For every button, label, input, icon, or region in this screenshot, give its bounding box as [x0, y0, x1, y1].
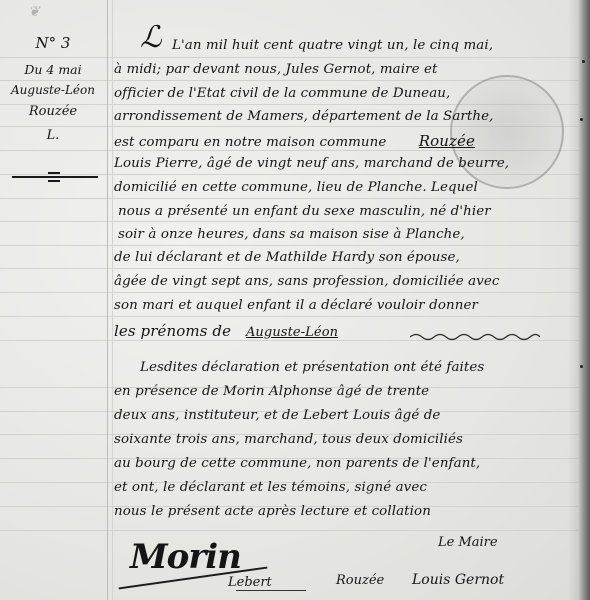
ruled-line: [0, 292, 580, 293]
text-line-1: L'an mil huit cent quatre vingt un, le c…: [172, 38, 493, 53]
entry-date: Du 4 mai: [0, 62, 106, 77]
margin-annotation: ❦ N° 3 Du 4 mai Auguste-Léon Rouzée L.: [0, 0, 106, 200]
wavy-line-filler: [410, 332, 540, 342]
scan-speck: [582, 60, 585, 63]
text-line-6: Louis Pierre, âgé de vingt neuf ans, mar…: [114, 156, 509, 171]
child-given-names: Auguste-Léon: [0, 83, 106, 97]
text-line-4: arrondissement de Mamers, département de…: [114, 109, 494, 124]
entry-number: N° 3: [0, 34, 106, 52]
text-line-5-main: est comparu en notre maison commune: [114, 135, 386, 150]
text-line-16: deux ans, instituteur, et de Lebert Loui…: [114, 408, 440, 423]
ruled-line: [0, 530, 580, 531]
signature-rouzee: Rouzée: [336, 573, 384, 588]
text-line-17: soixante trois ans, marchand, tous deux …: [114, 432, 463, 447]
text-line-7: domicilié en cette commune, lieu de Plan…: [114, 180, 478, 195]
page-binding-edge: [578, 0, 590, 600]
text-line-12: son mari et auquel enfant il a déclaré v…: [114, 298, 478, 313]
text-line-10: de lui déclarant et de Mathilde Hardy so…: [114, 250, 460, 265]
register-page: ❦ N° 3 Du 4 mai Auguste-Léon Rouzée L. ℒ…: [0, 0, 590, 600]
text-line-9: soir à onze heures, dans sa maison sise …: [118, 227, 465, 242]
text-line-19: et ont, le déclarant et les témoins, sig…: [114, 480, 427, 495]
text-line-14: Lesdites déclaration et présentation ont…: [140, 360, 484, 375]
text-line-11: âgée de vingt sept ans, sans profession,…: [114, 274, 499, 289]
margin-rule-secondary: [112, 0, 113, 600]
text-line-13: les prénoms de Auguste-Léon: [114, 322, 338, 340]
page-edge-shadow: [568, 0, 578, 600]
separator-mark: [48, 172, 60, 174]
initial-flourish: ℒ: [140, 20, 162, 55]
text-line-18: au bourg de cette commune, non parents d…: [114, 456, 480, 471]
text-line-3: officier de l'Etat civil de la commune d…: [114, 86, 450, 101]
mayor-title: Le Maire: [438, 535, 498, 550]
signature-lebert: Lebert: [228, 575, 272, 590]
child-names: Auguste-Léon: [246, 325, 338, 340]
scan-speck: [580, 118, 583, 121]
separator-mark: [48, 180, 60, 182]
text-line-15: en présence de Morin Alphonse âgé de tre…: [114, 384, 429, 399]
ruled-line: [0, 221, 580, 222]
text-line-2: à midi; par devant nous, Jules Gernot, m…: [114, 62, 438, 77]
declarant-surname: Rouzée: [419, 132, 475, 150]
text-line-13-main: les prénoms de: [114, 322, 231, 340]
sex-mark: L.: [0, 128, 106, 143]
signature-underline: [236, 590, 306, 591]
child-surname: Rouzée: [0, 104, 106, 119]
separator-rule: [12, 176, 98, 178]
signature-mayor: Louis Gernot: [412, 572, 504, 588]
text-line-5: est comparu en notre maison commune Rouz…: [114, 132, 475, 150]
margin-rule: [107, 0, 108, 600]
scan-speck: [580, 365, 583, 368]
signature-morin: Morin: [130, 537, 241, 577]
faint-stamp-mark: ❦: [14, 4, 54, 24]
text-line-8: nous a présenté un enfant du sexe mascul…: [118, 204, 491, 219]
text-line-20: nous le présent acte après lecture et co…: [114, 504, 431, 519]
ruled-line: [0, 316, 580, 317]
ruled-line: [0, 245, 580, 246]
ruled-line: [0, 268, 580, 269]
